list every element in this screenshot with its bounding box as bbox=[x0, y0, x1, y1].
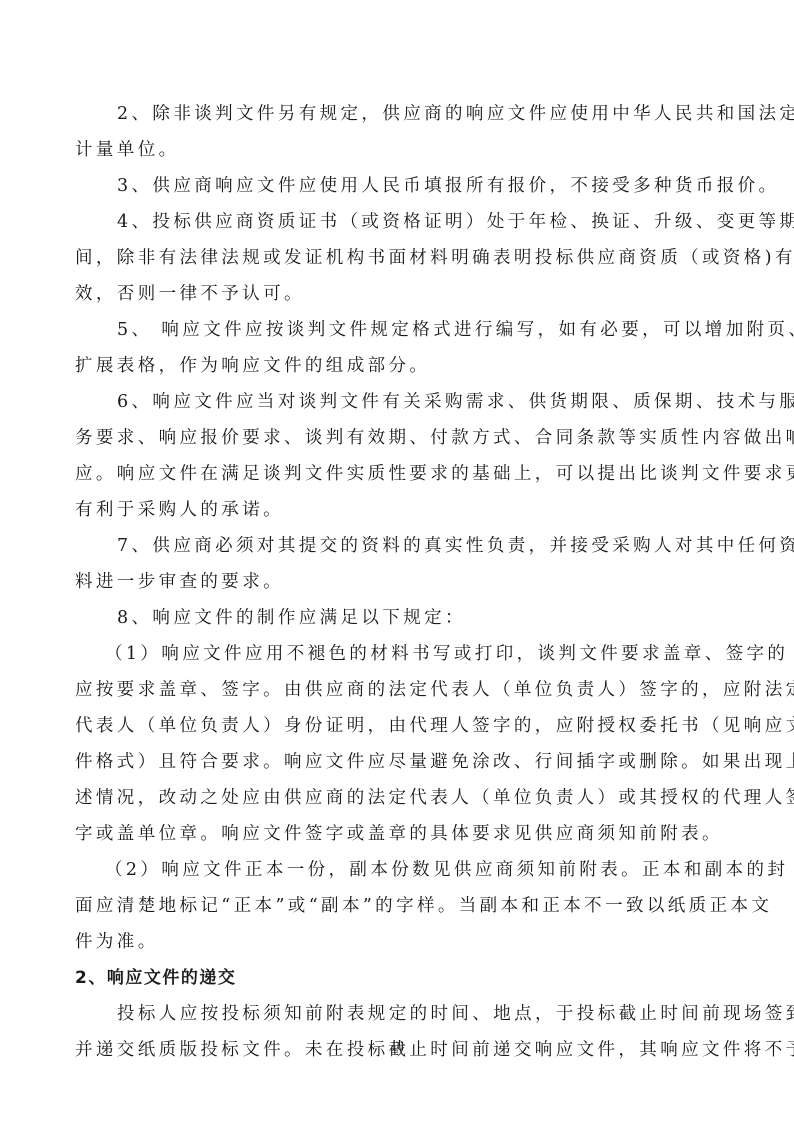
text-line: 应按要求盖章、签字。由供应商的法定代表人（单位负责人）签字的，应附法定 bbox=[75, 672, 727, 708]
paragraph-item-7: 7、供应商必须对其提交的资料的真实性负责，并接受采购人对其中任何资 料进一步审查… bbox=[75, 528, 727, 600]
document-body: 2、除非谈判文件另有规定，供应商的响应文件应使用中华人民共和国法定 计量单位。 … bbox=[75, 96, 727, 1068]
text-line: 3、供应商响应文件应使用人民币填报所有报价，不接受多种货币报价。 bbox=[75, 168, 727, 204]
text-line: （1）响应文件应用不褪色的材料书写或打印，谈判文件要求盖章、签字的 bbox=[75, 636, 727, 672]
paragraph-item-5: 5、 响应文件应按谈判文件规定格式进行编写，如有必要，可以增加附页、 扩展表格，… bbox=[75, 312, 727, 384]
paragraph-item-8: 8、响应文件的制作应满足以下规定： bbox=[75, 600, 727, 636]
text-line: 字或盖单位章。响应文件签字或盖章的具体要求见供应商须知前附表。 bbox=[75, 816, 727, 852]
text-line: 间，除非有法律法规或发证机构书面材料明确表明投标供应商资质（或资格)有 bbox=[75, 240, 727, 276]
paragraph-item-6: 6、响应文件应当对谈判文件有关采购需求、供货期限、质保期、技术与服 务要求、响应… bbox=[75, 384, 727, 528]
text-line: 效，否则一律不予认可。 bbox=[75, 276, 727, 312]
text-line: 代表人（单位负责人）身份证明，由代理人签字的，应附授权委托书（见响应文 bbox=[75, 708, 727, 744]
section-paragraph: 投标人应按投标须知前附表规定的时间、地点，于投标截止时间前现场签到 并递交纸质版… bbox=[75, 996, 727, 1068]
paragraph-item-4: 4、投标供应商资质证书（或资格证明）处于年检、换证、升级、变更等期 间，除非有法… bbox=[75, 204, 727, 312]
text-line: 4、投标供应商资质证书（或资格证明）处于年检、换证、升级、变更等期 bbox=[75, 204, 727, 240]
text-line: 扩展表格，作为响应文件的组成部分。 bbox=[75, 348, 727, 384]
paragraph-item-2: 2、除非谈判文件另有规定，供应商的响应文件应使用中华人民共和国法定 计量单位。 bbox=[75, 96, 727, 168]
paragraph-item-3: 3、供应商响应文件应使用人民币填报所有报价，不接受多种货币报价。 bbox=[75, 168, 727, 204]
paragraph-subitem-8-2: （2）响应文件正本一份，副本份数见供应商须知前附表。正本和副本的封 面应清楚地标… bbox=[75, 852, 727, 960]
text-line: （2）响应文件正本一份，副本份数见供应商须知前附表。正本和副本的封 bbox=[75, 852, 727, 888]
text-line: 料进一步审查的要求。 bbox=[75, 564, 727, 600]
document-page: 2、除非谈判文件另有规定，供应商的响应文件应使用中华人民共和国法定 计量单位。 … bbox=[0, 0, 794, 1123]
section-heading: 2、响应文件的递交 bbox=[75, 960, 727, 996]
text-line: 务要求、响应报价要求、谈判有效期、付款方式、合同条款等实质性内容做出响 bbox=[75, 420, 727, 456]
text-line: 8、响应文件的制作应满足以下规定： bbox=[75, 600, 727, 636]
text-line: 2、除非谈判文件另有规定，供应商的响应文件应使用中华人民共和国法定 bbox=[75, 96, 727, 132]
page-number: 10 bbox=[0, 1038, 794, 1054]
text-line: 应。响应文件在满足谈判文件实质性要求的基础上，可以提出比谈判文件要求更 bbox=[75, 456, 727, 492]
text-line: 件为准。 bbox=[75, 924, 727, 960]
text-line: 6、响应文件应当对谈判文件有关采购需求、供货期限、质保期、技术与服 bbox=[75, 384, 727, 420]
text-line: 件格式）且符合要求。响应文件应尽量避免涂改、行间插字或删除。如果出现上 bbox=[75, 744, 727, 780]
text-line: 有利于采购人的承诺。 bbox=[75, 492, 727, 528]
text-line: 计量单位。 bbox=[75, 132, 727, 168]
text-line: 5、 响应文件应按谈判文件规定格式进行编写，如有必要，可以增加附页、 bbox=[75, 312, 727, 348]
text-line: 面应清楚地标记“正本”或“副本”的字样。当副本和正本不一致以纸质正本文 bbox=[75, 888, 727, 924]
text-line: 投标人应按投标须知前附表规定的时间、地点，于投标截止时间前现场签到 bbox=[75, 996, 727, 1032]
text-line: 述情况，改动之处应由供应商的法定代表人（单位负责人）或其授权的代理人签 bbox=[75, 780, 727, 816]
text-line: 7、供应商必须对其提交的资料的真实性负责，并接受采购人对其中任何资 bbox=[75, 528, 727, 564]
paragraph-subitem-8-1: （1）响应文件应用不褪色的材料书写或打印，谈判文件要求盖章、签字的 应按要求盖章… bbox=[75, 636, 727, 852]
